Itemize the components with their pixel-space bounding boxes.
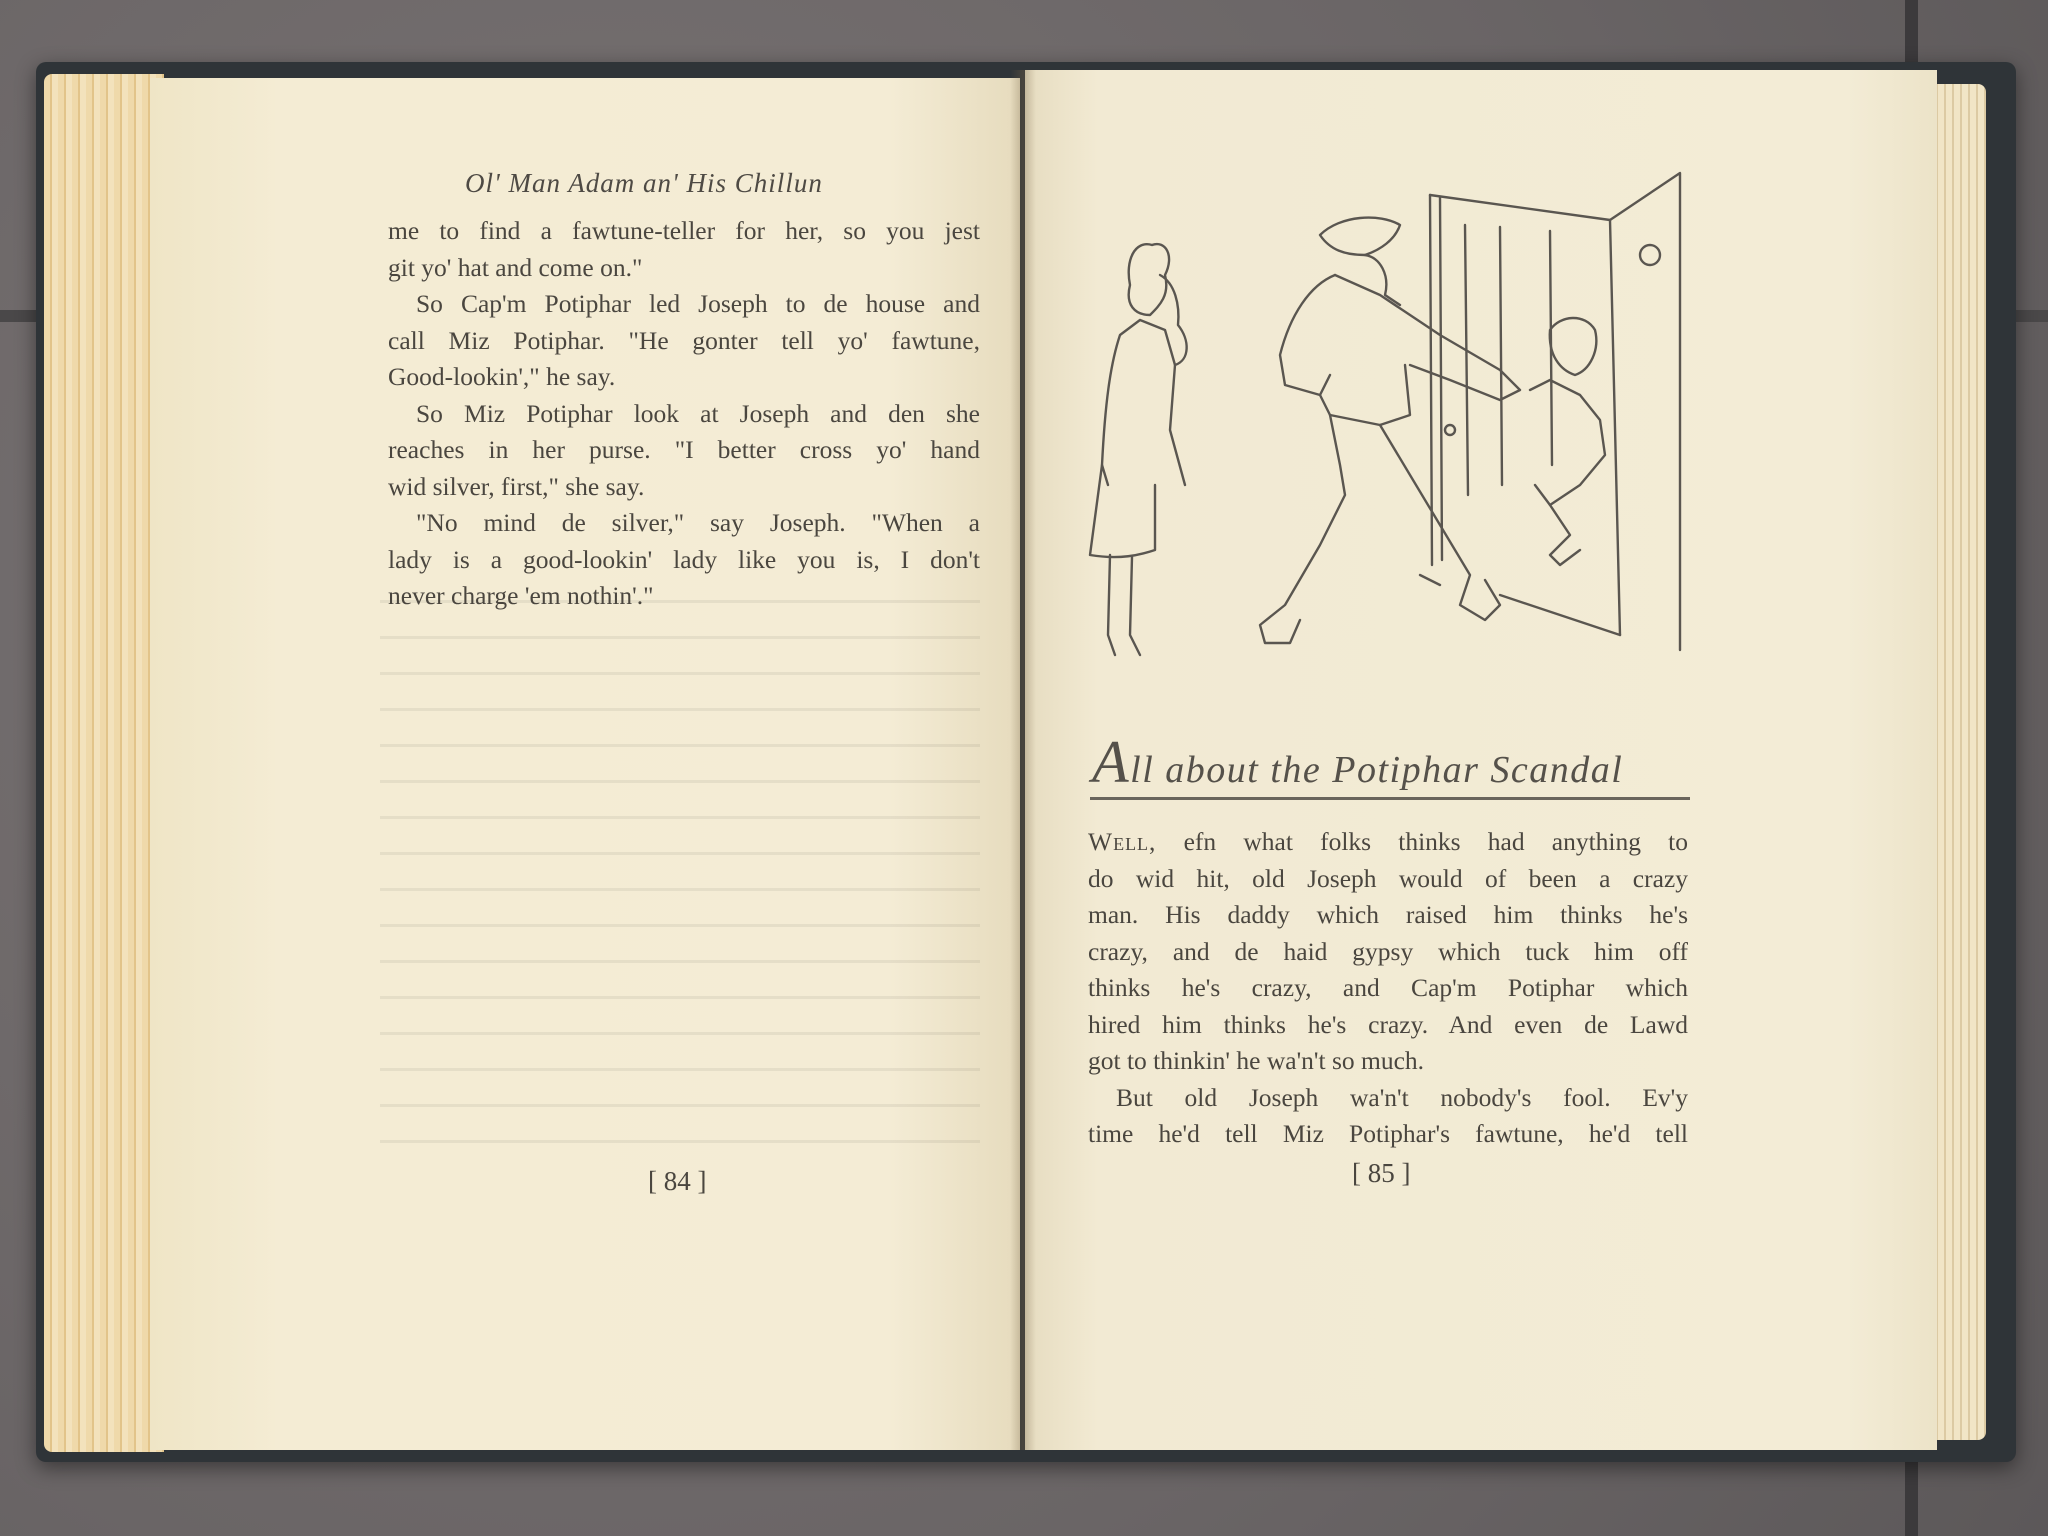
text-line: "No mind de silver," say Joseph. "When a: [388, 505, 980, 542]
chapter-title: All about the Potiphar Scandal: [1092, 728, 1623, 797]
book-gutter: [1010, 70, 1036, 1450]
text-line: crazy, and de haid gypsy which tuck him …: [1088, 934, 1688, 971]
text-line: call Miz Potiphar. "He gonter tell yo' f…: [388, 323, 980, 360]
text-line: me to find a fawtune-teller for her, so …: [388, 213, 980, 250]
right-page-body: Well, efn what folks thinks had anything…: [1088, 824, 1688, 1153]
text-line: time he'd tell Miz Potiphar's fawtune, h…: [1088, 1116, 1688, 1153]
left-page-body: me to find a fawtune-teller for her, so …: [388, 213, 980, 615]
text-line: never charge 'em nothin'.": [388, 578, 980, 615]
text-line: So Miz Potiphar look at Joseph and den s…: [388, 396, 980, 433]
text-line: But old Joseph wa'n't nobody's fool. Ev'…: [1088, 1080, 1688, 1117]
chapter-title-initial: A: [1092, 729, 1130, 795]
text-line: got to thinkin' he wa'n't so much.: [1088, 1043, 1688, 1080]
chapter-title-text: ll about the Potiphar Scandal: [1130, 749, 1623, 791]
lead-in-small-caps: Well,: [1088, 827, 1156, 856]
show-through-text: [380, 600, 980, 1160]
text-line: do wid hit, old Joseph would of been a c…: [1088, 861, 1688, 898]
left-page-edges: [44, 74, 164, 1452]
text-line: reaches in her purse. "I better cross yo…: [388, 432, 980, 469]
page-number-left: [ 84 ]: [648, 1166, 706, 1197]
text-line: So Cap'm Potiphar led Joseph to de house…: [388, 286, 980, 323]
right-page-edges: [1930, 84, 1986, 1440]
text-line: lady is a good-lookin' lady like you is,…: [388, 542, 980, 579]
text-line: thinks he's crazy, and Cap'm Potiphar wh…: [1088, 970, 1688, 1007]
chapter-illustration: [1080, 165, 1700, 700]
text-line: hired him thinks he's crazy. And even de…: [1088, 1007, 1688, 1044]
text-line: wid silver, first," she say.: [388, 469, 980, 506]
text-line: Well, efn what folks thinks had anything…: [1088, 824, 1688, 861]
page-number-right: [ 85 ]: [1352, 1158, 1410, 1189]
text-line: git yo' hat and come on.": [388, 250, 980, 287]
chapter-title-rule: [1090, 797, 1690, 800]
running-head: Ol' Man Adam an' His Chillun: [465, 168, 823, 199]
text-line: man. His daddy which raised him thinks h…: [1088, 897, 1688, 934]
text-line: Good-lookin'," he say.: [388, 359, 980, 396]
